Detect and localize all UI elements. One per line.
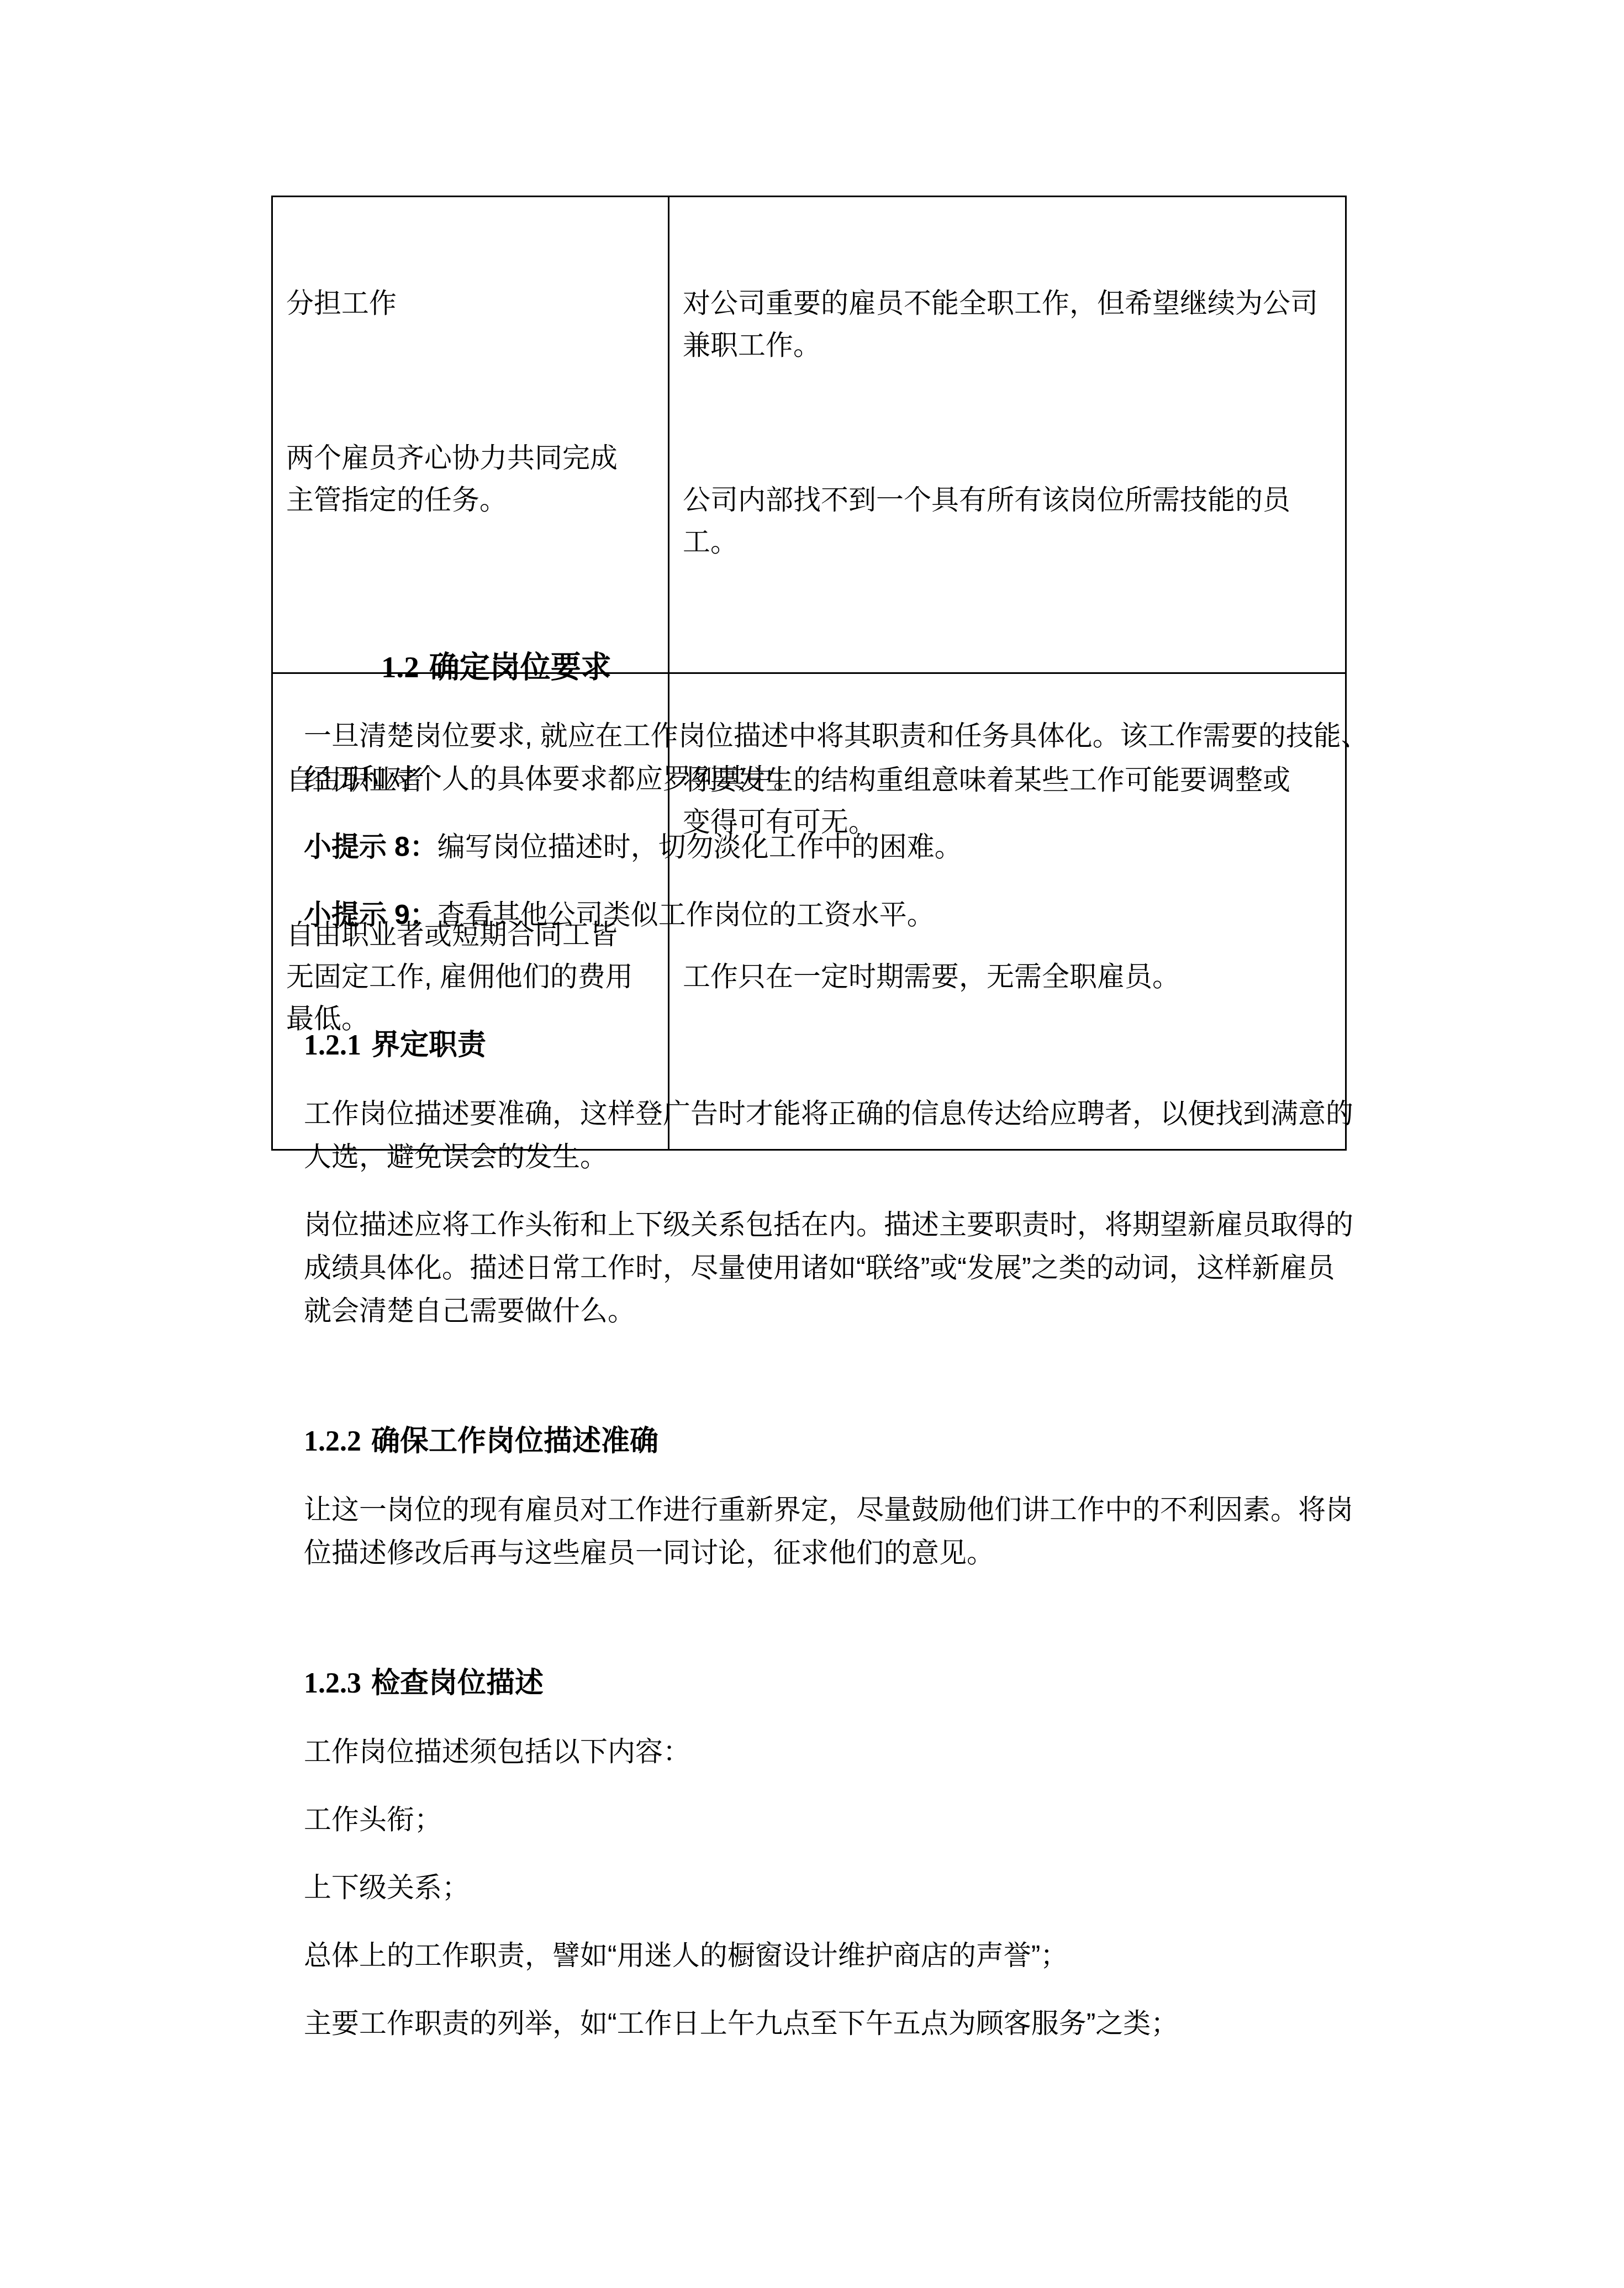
section-number: 1.2.2 [304, 1426, 361, 1457]
paragraph-intro: 一旦清楚岗位要求, 就应在工作岗位描述中将其职责和任务具体化。该工作需要的技能、… [304, 714, 1414, 800]
section-title: 确定岗位要求 [429, 650, 611, 684]
reason-text: 对公司重要的雇员不能全职工作，但希望继续为公司 兼职工作。 [683, 282, 1332, 366]
reason-text: 公司内部找不到一个具有所有该岗位所需技能的员 工。 [683, 479, 1332, 563]
table-cell-reason: 对公司重要的雇员不能全职工作，但希望继续为公司 兼职工作。 公司内部找不到一个具… [669, 197, 1346, 673]
paragraph-1-2-1-b: 岗位描述应将工作头衔和上下级关系包括在内。描述主要职责时，将期望新雇员取得的 成… [304, 1203, 1414, 1332]
option-title: 分担工作 [286, 282, 655, 324]
paragraph-1-2-1-a: 工作岗位描述要准确，这样登广告时才能将正确的信息传达给应聘者，以便找到满意的 人… [304, 1092, 1414, 1178]
section-heading-1-2-3: 1.2.3检查岗位描述 [304, 1662, 1414, 1705]
tip-9-label: 小提示 9： [304, 899, 437, 930]
section-number: 1.2.1 [304, 1030, 361, 1061]
document-body: 1.2确定岗位要求 一旦清楚岗位要求, 就应在工作岗位描述中将其职责和任务具体化… [304, 641, 1414, 2045]
section-heading-1-2-1: 1.2.1界定职责 [304, 1024, 1414, 1067]
section-title: 界定职责 [371, 1029, 486, 1061]
section-number: 1.2 [381, 650, 419, 684]
table-cell-option: 分担工作 两个雇员齐心协力共同完成 主管指定的任务。 [272, 197, 669, 673]
document-page: 分担工作 两个雇员齐心协力共同完成 主管指定的任务。 对公司重要的雇员不能全职工… [0, 0, 1624, 2288]
tip-8-text: 编写岗位描述时，切勿淡化工作中的困难。 [437, 831, 962, 862]
tip-9: 小提示 9：查看其他公司类似工作岗位的工资水平。 [304, 893, 1414, 936]
list-item-job-title: 工作头衔； [304, 1798, 1414, 1841]
section-number: 1.2.3 [304, 1668, 361, 1699]
table-row: 分担工作 两个雇员齐心协力共同完成 主管指定的任务。 对公司重要的雇员不能全职工… [272, 197, 1346, 673]
section-heading-1-2: 1.2确定岗位要求 [381, 645, 1414, 689]
paragraph-1-2-3-intro: 工作岗位描述须包括以下内容： [304, 1730, 1414, 1773]
tip-8-label: 小提示 8： [304, 831, 437, 862]
section-title: 检查岗位描述 [371, 1667, 544, 1699]
list-item-overall-duties: 总体上的工作职责，譬如“用迷人的橱窗设计维护商店的声誉”； [304, 1934, 1414, 1977]
section-title: 确保工作岗位描述准确 [371, 1425, 658, 1457]
option-description: 两个雇员齐心协力共同完成 主管指定的任务。 [286, 437, 655, 521]
section-heading-1-2-2: 1.2.2确保工作岗位描述准确 [304, 1420, 1414, 1463]
paragraph-1-2-2: 让这一岗位的现有雇员对工作进行重新界定，尽量鼓励他们讲工作中的不利因素。将岗 位… [304, 1488, 1414, 1574]
list-item-main-duties: 主要工作职责的列举，如“工作日上午九点至下午五点为顾客服务”之类； [304, 2002, 1414, 2045]
tip-8: 小提示 8：编写岗位描述时，切勿淡化工作中的困难。 [304, 825, 1414, 868]
list-item-reporting-lines: 上下级关系； [304, 1866, 1414, 1909]
tip-9-text: 查看其他公司类似工作岗位的工资水平。 [437, 899, 935, 930]
